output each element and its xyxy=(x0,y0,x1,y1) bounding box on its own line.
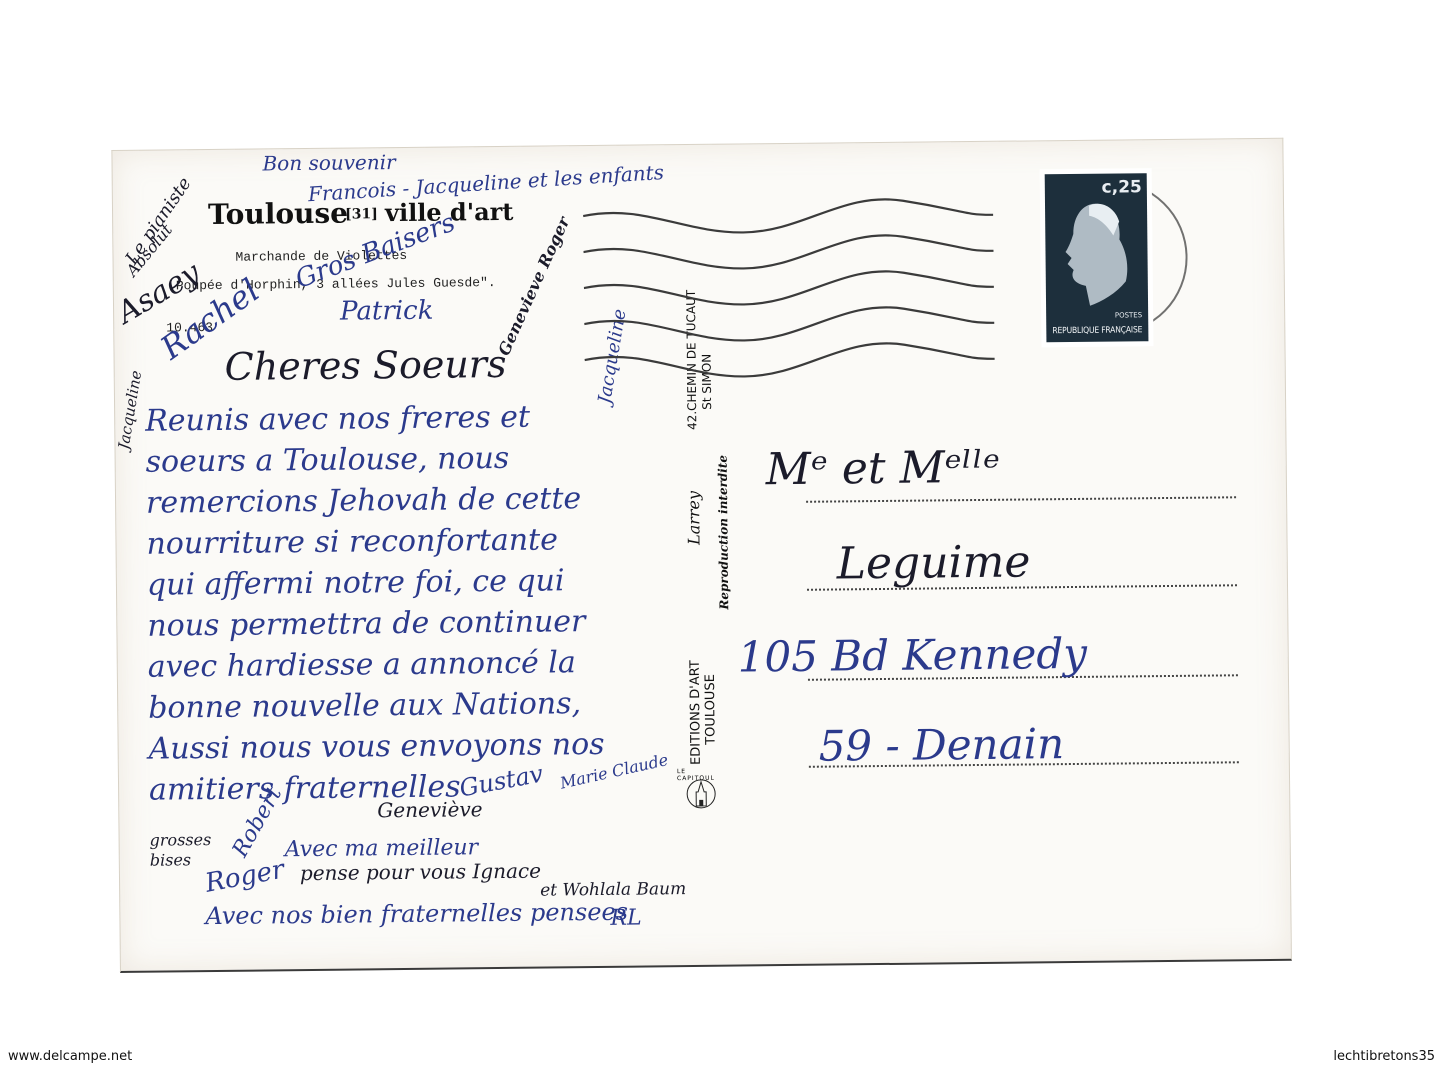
footer-site[interactable]: www.delcampe.net xyxy=(8,1049,132,1064)
message-line: qui affermi notre foi, ce qui xyxy=(147,560,603,606)
stamp-postes: POSTES xyxy=(1115,311,1142,319)
message-line: nous permettra de continuer xyxy=(147,601,603,647)
message-line: remercions Jehovah de cette xyxy=(146,478,602,524)
printed-department: [31] xyxy=(345,206,378,222)
publisher-name-2: TOULOUSE xyxy=(703,674,719,745)
annotation-genevieve-roger: Genevieve Roger xyxy=(494,214,573,358)
annotation-roger: Roger xyxy=(203,855,287,899)
message-line: Reunis avec nos freres et xyxy=(145,396,601,442)
address-line-1: Mᵉ et Mᵉˡˡᵉ xyxy=(765,442,1000,495)
annotation-genevieve: Geneviève xyxy=(377,797,482,822)
message-body: Reunis avec nos freres et soeurs a Toulo… xyxy=(145,396,605,811)
annotation-left-vertical: Jacqueline xyxy=(115,369,146,451)
capitoul-logo: LE CAPITOUL xyxy=(679,770,723,814)
address-line-2: Leguime xyxy=(836,536,1030,589)
closing-line-4: Avec nos bien fraternelles pensees xyxy=(205,898,628,930)
wavy-cancellation-icon xyxy=(583,190,1005,384)
postcard: Toulouse [31] ville d'art Marchande de V… xyxy=(111,138,1292,973)
footer-seller[interactable]: lechtibretons35 xyxy=(1333,1049,1435,1064)
message-line: nourriture si reconfortante xyxy=(146,519,602,565)
publisher-signature: Larrey xyxy=(684,491,704,545)
annotation-bon-souvenir: Bon souvenir xyxy=(262,150,395,175)
marianne-profile-icon xyxy=(1055,195,1136,311)
capitoul-logo-text: LE CAPITOUL xyxy=(677,768,723,782)
annotation-grosses-bises: grosses bises xyxy=(150,830,210,871)
message-line: bonne nouvelle aux Nations, xyxy=(148,683,604,729)
message-line: soeurs a Toulouse, nous xyxy=(145,437,601,483)
message-greeting: Cheres Soeurs xyxy=(224,342,506,389)
stamp-country: REPUBLIQUE FRANÇAISE xyxy=(1048,325,1146,336)
annotation-patrick: Patrick xyxy=(340,296,434,327)
closing-line-1: Avec ma meilleur xyxy=(285,835,479,862)
annotation-rl: RL xyxy=(610,906,641,931)
message-line: avec hardiesse a annoncé la xyxy=(148,642,604,688)
publisher-rights: Reproduction interdite xyxy=(716,455,732,610)
closing-line-2: pense pour vous Ignace xyxy=(300,859,541,886)
address-line-4: 59 - Denain xyxy=(818,719,1064,771)
address-rule xyxy=(806,496,1236,503)
publisher-name-1: EDITIONS D'ART xyxy=(688,660,704,765)
address-line-3: 105 Bd Kennedy xyxy=(737,629,1087,682)
stamp-value: c,25 xyxy=(1102,177,1142,197)
postage-stamp: c,25 POSTES REPUBLIQUE FRANÇAISE xyxy=(1040,168,1154,347)
